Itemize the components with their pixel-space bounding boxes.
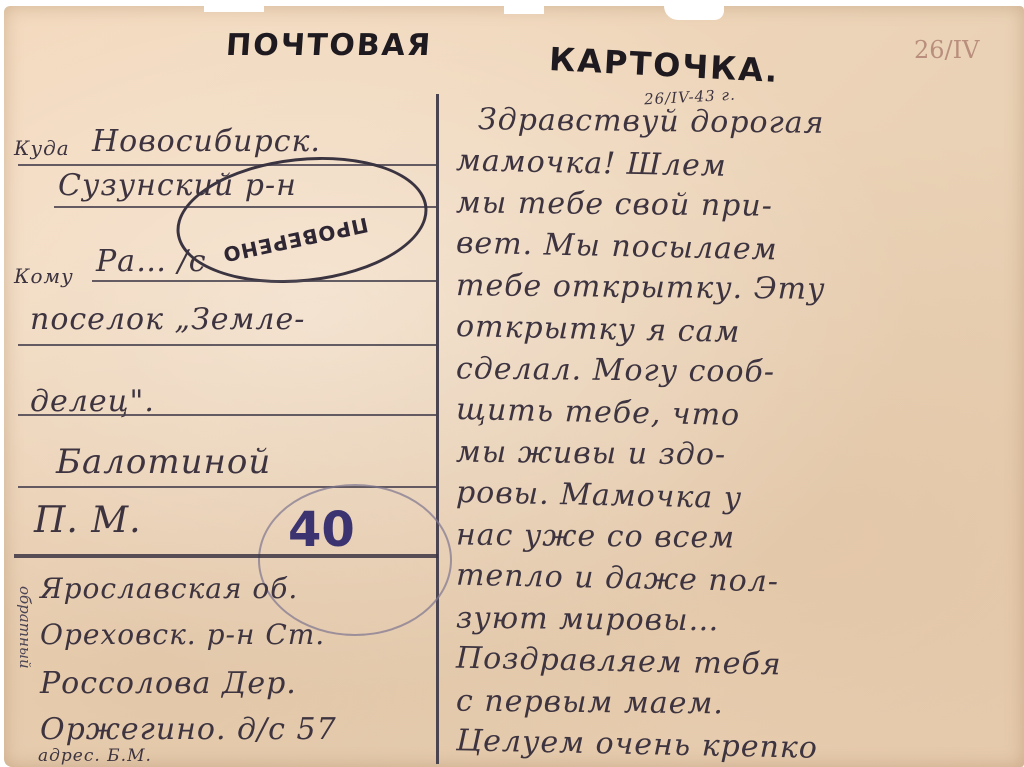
message-line: зуют мировы… xyxy=(456,601,720,639)
header-pochtovaya: ПОЧТОВАЯ xyxy=(225,28,433,63)
message-line: мы тебе свой при- xyxy=(456,185,773,223)
corner-red-mark: 26/IV xyxy=(914,36,979,64)
message-line: щить тебе, что xyxy=(456,392,741,433)
message-line: сделал. Могу сооб- xyxy=(456,351,775,389)
message-line: нас уже со всем xyxy=(456,518,735,556)
return-line-3: Россолова Дер. xyxy=(40,666,297,701)
recipient-line-4: Балотиной xyxy=(56,442,271,482)
recipient-label: Кому xyxy=(14,264,74,288)
return-line-4: Оржегино. д/с 57 xyxy=(40,712,337,747)
number-stamp: 40 xyxy=(288,502,355,558)
to-label: Куда xyxy=(14,136,70,160)
message-line: открытку я сам xyxy=(456,309,741,350)
message-line: мамочка! Шлем xyxy=(456,143,727,184)
message-line: тепло и даже пол- xyxy=(456,557,780,599)
recipient-line-5: П. М. xyxy=(34,500,142,541)
torn-edge xyxy=(204,6,264,12)
recipient-line-2: поселок „Земле- xyxy=(30,302,305,337)
message-line: Целуем очень крепко xyxy=(456,723,819,766)
torn-edge xyxy=(504,6,544,14)
return-label-bottom: адрес. Б.М. xyxy=(38,746,152,766)
postcard: ПОЧТОВАЯ КАРТОЧКА. 26/IV-43 г. 26/IV Куд… xyxy=(4,6,1024,767)
message-line: с первым маем. xyxy=(456,684,724,722)
header-kartochka: КАРТОЧКА. xyxy=(548,40,780,90)
return-line-2: Ореховск. р-н Ст. xyxy=(40,618,325,651)
torn-edge xyxy=(664,6,724,20)
address-rule-thick xyxy=(14,554,438,558)
return-line-1: Ярославская об. xyxy=(40,572,298,605)
message-line: Здравствуй дорогая xyxy=(478,102,825,141)
address-rule xyxy=(18,414,438,416)
address-rule xyxy=(92,280,438,282)
message-line: мы живы и здо- xyxy=(456,435,726,473)
message-line: Поздравляем тебя xyxy=(456,640,782,682)
return-label-vertical: обратный xyxy=(16,586,34,669)
divider-line xyxy=(436,94,439,764)
message-line: тебе открытку. Эту xyxy=(456,268,826,307)
address-rule xyxy=(18,344,438,346)
censor-stamp-text: ПРОВЕРЕНО xyxy=(220,213,370,267)
to-line-1: Новосибирск. xyxy=(92,124,321,159)
message-line: ровы. Мамочка у xyxy=(456,475,743,516)
recipient-line-1: Ра… /с xyxy=(96,244,207,279)
message-line: вет. Мы посылаем xyxy=(456,225,778,267)
